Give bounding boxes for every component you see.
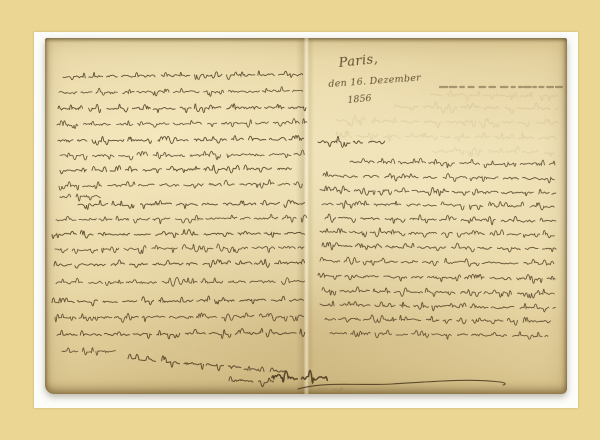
handwriting-overlay xyxy=(0,0,600,440)
letter-photograph: Paris, den 16. Dezember 1856 xyxy=(0,0,600,440)
